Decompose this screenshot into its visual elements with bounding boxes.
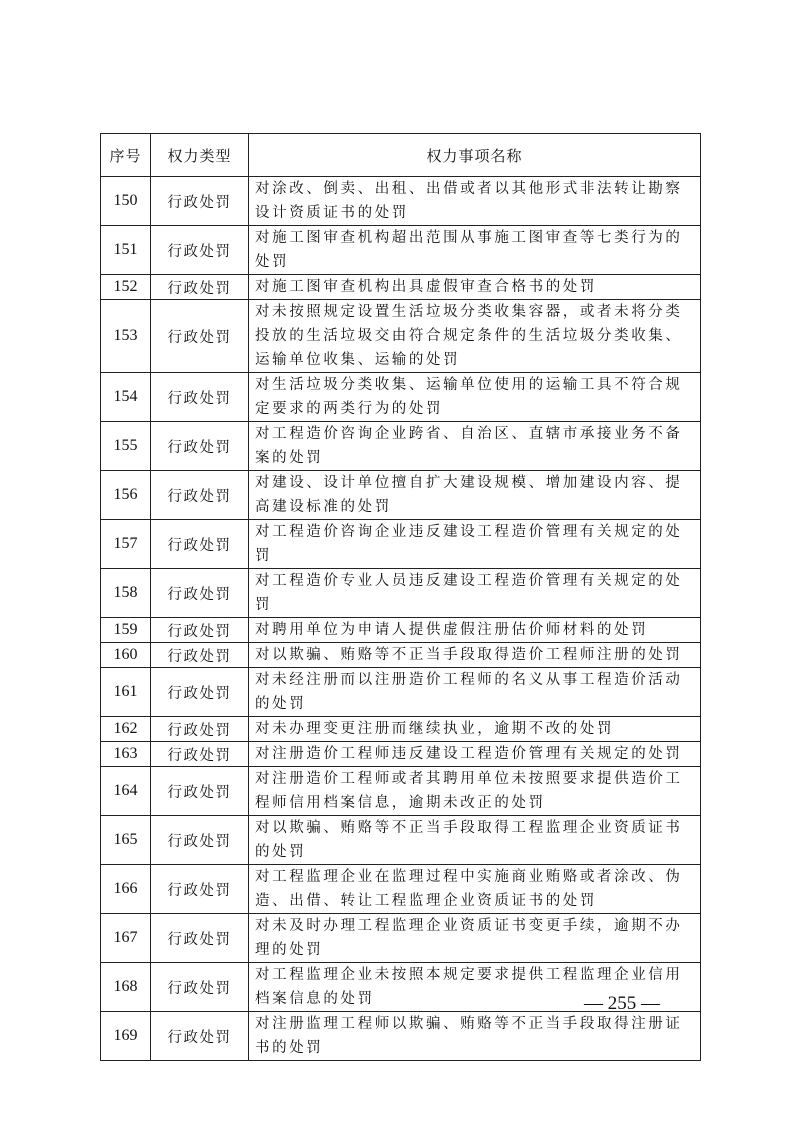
header-row: 序号 权力类型 权力事项名称 [101,134,701,177]
table-row: 150 行政处罚 对涂改、倒卖、出租、出借或者以其他形式非法转让勘察设计资质证书… [101,177,701,226]
power-type-cell: 行政处罚 [151,569,249,618]
power-type-cell: 行政处罚 [151,643,249,668]
power-item-name-cell: 对涂改、倒卖、出租、出借或者以其他形式非法转让勘察设计资质证书的处罚 [249,177,701,226]
table-row: 160 行政处罚 对以欺骗、贿赂等不正当手段取得造价工程师注册的处罚 [101,643,701,668]
power-type-cell: 行政处罚 [151,520,249,569]
serial-number-cell: 163 [101,742,151,767]
table-row: 167 行政处罚 对未及时办理工程监理企业资质证书变更手续，逾期不办理的处罚 [101,914,701,963]
serial-number-cell: 164 [101,767,151,816]
power-item-name-cell: 对工程监理企业在监理过程中实施商业贿赂或者涂改、伪造、出借、转让工程监理企业资质… [249,865,701,914]
power-item-name-cell: 对注册造价工程师或者其聘用单位未按照要求提供造价工程师信用档案信息，逾期未改正的… [249,767,701,816]
serial-number-cell: 168 [101,963,151,1012]
serial-number-cell: 169 [101,1012,151,1061]
table-row: 169 行政处罚 对注册监理工程师以欺骗、贿赂等不正当手段取得注册证书的处罚 [101,1012,701,1061]
power-type-cell: 行政处罚 [151,471,249,520]
power-type-cell: 行政处罚 [151,1012,249,1061]
serial-number-cell: 165 [101,816,151,865]
power-item-name-cell: 对工程造价专业人员违反建设工程造价管理有关规定的处罚 [249,569,701,618]
serial-number-cell: 160 [101,643,151,668]
table-row: 166 行政处罚 对工程监理企业在监理过程中实施商业贿赂或者涂改、伪造、出借、转… [101,865,701,914]
serial-number-cell: 166 [101,865,151,914]
page-number: — 255 — [584,993,684,1015]
table-row: 158 行政处罚 对工程造价专业人员违反建设工程造价管理有关规定的处罚 [101,569,701,618]
power-item-name-cell: 对未经注册而以注册造价工程师的名义从事工程造价活动的处罚 [249,668,701,717]
power-type-cell: 行政处罚 [151,668,249,717]
power-item-name-cell: 对注册造价工程师违反建设工程造价管理有关规定的处罚 [249,742,701,767]
table-row: 153 行政处罚 对未按照规定设置生活垃圾分类收集容器，或者未将分类投放的生活垃… [101,300,701,373]
table-row: 157 行政处罚 对工程造价咨询企业违反建设工程造价管理有关规定的处罚 [101,520,701,569]
power-type-cell: 行政处罚 [151,963,249,1012]
table-body: 150 行政处罚 对涂改、倒卖、出租、出借或者以其他形式非法转让勘察设计资质证书… [101,177,701,1061]
power-type-cell: 行政处罚 [151,717,249,742]
serial-number-cell: 151 [101,226,151,275]
table-row: 152 行政处罚 对施工图审查机构出具虚假审查合格书的处罚 [101,275,701,300]
serial-number-cell: 161 [101,668,151,717]
serial-number-cell: 155 [101,422,151,471]
table-row: 165 行政处罚 对以欺骗、贿赂等不正当手段取得工程监理企业资质证书的处罚 [101,816,701,865]
table-row: 154 行政处罚 对生活垃圾分类收集、运输单位使用的运输工具不符合规定要求的两类… [101,373,701,422]
header-power-item-name: 权力事项名称 [249,134,701,177]
power-type-cell: 行政处罚 [151,618,249,643]
serial-number-cell: 157 [101,520,151,569]
power-type-cell: 行政处罚 [151,865,249,914]
header-serial-number: 序号 [101,134,151,177]
table-row: 159 行政处罚 对聘用单位为申请人提供虚假注册估价师材料的处罚 [101,618,701,643]
table-header: 序号 权力类型 权力事项名称 [101,134,701,177]
serial-number-cell: 156 [101,471,151,520]
power-type-cell: 行政处罚 [151,816,249,865]
power-item-name-cell: 对未及时办理工程监理企业资质证书变更手续，逾期不办理的处罚 [249,914,701,963]
serial-number-cell: 153 [101,300,151,373]
serial-number-cell: 152 [101,275,151,300]
power-item-name-cell: 对建设、设计单位擅自扩大建设规模、增加建设内容、提高建设标准的处罚 [249,471,701,520]
table-row: 155 行政处罚 对工程造价咨询企业跨省、自治区、直辖市承接业务不备案的处罚 [101,422,701,471]
power-type-cell: 行政处罚 [151,300,249,373]
serial-number-cell: 154 [101,373,151,422]
power-item-name-cell: 对施工图审查机构超出范围从事施工图审查等七类行为的处罚 [249,226,701,275]
table-row: 156 行政处罚 对建设、设计单位擅自扩大建设规模、增加建设内容、提高建设标准的… [101,471,701,520]
table-row: 163 行政处罚 对注册造价工程师违反建设工程造价管理有关规定的处罚 [101,742,701,767]
serial-number-cell: 159 [101,618,151,643]
header-power-type: 权力类型 [151,134,249,177]
serial-number-cell: 162 [101,717,151,742]
power-items-table: 序号 权力类型 权力事项名称 150 行政处罚 对涂改、倒卖、出租、出借或者以其… [100,133,701,1061]
serial-number-cell: 150 [101,177,151,226]
power-type-cell: 行政处罚 [151,177,249,226]
power-item-name-cell: 对工程造价咨询企业跨省、自治区、直辖市承接业务不备案的处罚 [249,422,701,471]
power-type-cell: 行政处罚 [151,767,249,816]
power-item-name-cell: 对生活垃圾分类收集、运输单位使用的运输工具不符合规定要求的两类行为的处罚 [249,373,701,422]
serial-number-cell: 158 [101,569,151,618]
power-type-cell: 行政处罚 [151,422,249,471]
power-item-name-cell: 对聘用单位为申请人提供虚假注册估价师材料的处罚 [249,618,701,643]
table-row: 151 行政处罚 对施工图审查机构超出范围从事施工图审查等七类行为的处罚 [101,226,701,275]
power-item-name-cell: 对工程造价咨询企业违反建设工程造价管理有关规定的处罚 [249,520,701,569]
power-type-cell: 行政处罚 [151,275,249,300]
table-row: 161 行政处罚 对未经注册而以注册造价工程师的名义从事工程造价活动的处罚 [101,668,701,717]
power-item-name-cell: 对注册监理工程师以欺骗、贿赂等不正当手段取得注册证书的处罚 [249,1012,701,1061]
power-item-name-cell: 对以欺骗、贿赂等不正当手段取得工程监理企业资质证书的处罚 [249,816,701,865]
power-item-name-cell: 对施工图审查机构出具虚假审查合格书的处罚 [249,275,701,300]
table-row: 162 行政处罚 对未办理变更注册而继续执业，逾期不改的处罚 [101,717,701,742]
power-item-name-cell: 对以欺骗、贿赂等不正当手段取得造价工程师注册的处罚 [249,643,701,668]
power-item-name-cell: 对未按照规定设置生活垃圾分类收集容器，或者未将分类投放的生活垃圾交由符合规定条件… [249,300,701,373]
power-type-cell: 行政处罚 [151,742,249,767]
power-item-name-cell: 对未办理变更注册而继续执业，逾期不改的处罚 [249,717,701,742]
serial-number-cell: 167 [101,914,151,963]
power-type-cell: 行政处罚 [151,226,249,275]
table-row: 164 行政处罚 对注册造价工程师或者其聘用单位未按照要求提供造价工程师信用档案… [101,767,701,816]
power-type-cell: 行政处罚 [151,373,249,422]
power-type-cell: 行政处罚 [151,914,249,963]
